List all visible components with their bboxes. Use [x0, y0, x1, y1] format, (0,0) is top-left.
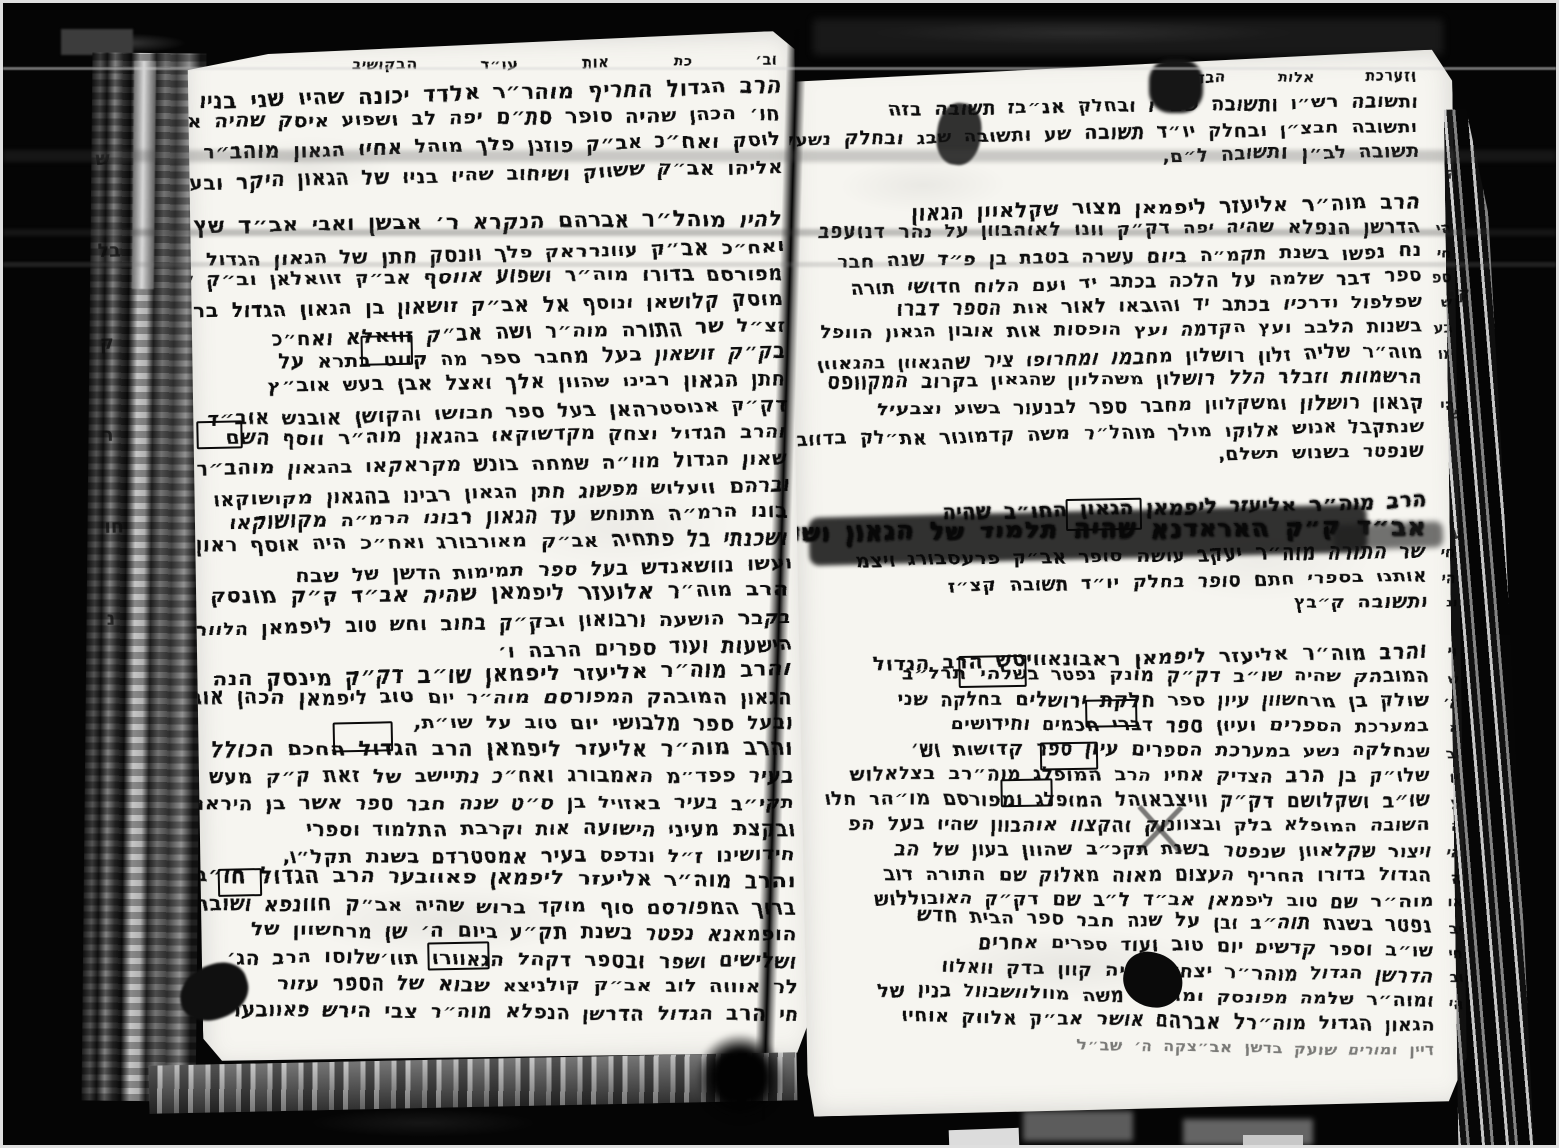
right-page-text: וזערכת אלות הבדושיב ותשובה רש״ו ותשובה ש…	[796, 64, 1436, 1103]
manuscript-line: תקי״ב בעיר באזויל בן ס״ט שנה חבר ספר אשר…	[208, 788, 794, 816]
scratch-mark	[1129, 793, 1191, 865]
bleed-through-marks: הקבשע	[1446, 113, 1475, 593]
boxed-word-marker	[333, 721, 394, 752]
clamp-post	[132, 61, 156, 289]
manuscript-line: ובקצת מעיני הישועה אות וקרבת התלמוד וספר…	[209, 815, 795, 843]
ink-blot	[1149, 59, 1203, 113]
line-text: דיין ומורים שועק בדשן אב״צקה ה׳ שב״ל	[1077, 1035, 1435, 1061]
boxed-word-marker	[1040, 742, 1098, 771]
line-text: במערכת הספרים ועיון ספר דברי חכמים וחידו…	[949, 713, 1429, 737]
line-text: ותשובה ק״בץ	[1293, 590, 1427, 614]
boxed-word-marker	[427, 941, 490, 970]
boxed-word-marker	[196, 420, 243, 449]
manuscript-line: ש המובהק שהיה שו״ב דק״ק מונק נפטר בשלהי …	[807, 662, 1429, 689]
manuscript-page-left: וב׳ כת אות עו״ד הבקושיב הרב הגדול החריף …	[182, 31, 815, 1070]
line-text: שולק בן מרחשוון עיון ספר חלקת ירושלים בח…	[896, 688, 1429, 712]
bottom-paper-chip	[949, 1128, 1020, 1148]
manuscript-line: יו שלו״ק בן הרב הצדיק אחיו הרב המופלג מו…	[808, 762, 1430, 789]
manuscript-page-right: וזערכת אלות הבדושיב ותשובה רש״ו ותשובה ש…	[788, 49, 1470, 1116]
boxed-word-marker	[1000, 778, 1052, 807]
manuscript-line: הי ויצור שקלאוון שנפטר בשנת תקכ״ב שהוון …	[810, 837, 1432, 864]
line-text: הדרשן הנפלא שהיה יפה דק״ק וונו לאוהבוון …	[819, 215, 1421, 243]
line-text: שלו״ק בן הרב הצדיק אחיו הרב המופלג מוה״ר…	[850, 763, 1430, 787]
manuscript-line: הגאון המובהק המפורסם מוה״ר יום טוב ליפמא…	[206, 682, 792, 710]
line-text: בשנות הלבב ועץ הקדמה ועץ הופסות אות אובו…	[820, 315, 1423, 343]
line-text: תשובה לב״ן ותשובה ל״ם,	[1161, 140, 1419, 166]
manuscript-scan: שבלקרחונ הקבשע וב׳ כת אות עו״ד הבקושיב ה…	[0, 0, 1559, 1148]
bottom-debris	[1023, 1111, 1133, 1141]
line-text: שנחלקה נשע במערכת הספרים עיון ספר קדושות…	[911, 738, 1430, 762]
bottom-paper-chip	[1243, 1135, 1303, 1148]
top-smear	[813, 19, 1443, 55]
bleed-through-marks: שבלקרחונ	[94, 112, 131, 664]
manuscript-line: ה הגדול בדורו החריף העצום מאוה מאלוק שם …	[810, 862, 1432, 889]
manuscript-line: ע שו״ב ושקלושם דק״ק וויצבאוהל המופלג ומפ…	[809, 787, 1431, 814]
boxed-word-marker	[360, 335, 413, 366]
page-stack-edge-right: הקבשע	[1444, 108, 1545, 1148]
corner-grey-patch	[61, 29, 133, 55]
manuscript-line: והרב מוה״ר אליעזר ליפמאן הרב הגדול החכם …	[207, 735, 793, 763]
left-page-text: וב׳ כת אות עו״ד הבקושיב הרב הגדול החריף …	[193, 47, 800, 1051]
boxed-word-marker	[958, 655, 1027, 688]
gutter-ink-shadow	[696, 1033, 784, 1121]
manuscript-line: וב שנחלקה נשע במערכת הספרים עיון ספר קדו…	[808, 737, 1430, 764]
line-text: שנפטר בשנוש תשלם,	[1218, 440, 1425, 466]
manuscript-line: בעיר פפד״מ האמבורג ואח״כ נתיישב של זאת ק…	[208, 762, 794, 790]
line-text: הגדול בדורו החריף העצום מאוה מאלוק שם הת…	[883, 863, 1432, 887]
line-text: שו״ב ושקלושם דק״ק וויצבאוהל המופלג ומפור…	[825, 788, 1431, 812]
manuscript-line: ה השובה המופלא בלק ובצוונוק והקצוו אוהבו…	[809, 812, 1431, 839]
manuscript-line: חי הרב הגדול הדרשן הנפלא מוה״ר צבי הירש …	[213, 995, 799, 1027]
manuscript-line: ובעל ספר מלבושי יום טוב על שו״ת,	[207, 709, 793, 737]
boxed-word-marker	[1085, 699, 1137, 728]
line-text: הרשמוות וזבלר הלל רושלון משהלוון שהגאון …	[826, 365, 1424, 393]
struck-heading-smudge	[1333, 521, 1444, 551]
boxed-word-marker	[218, 868, 263, 897]
